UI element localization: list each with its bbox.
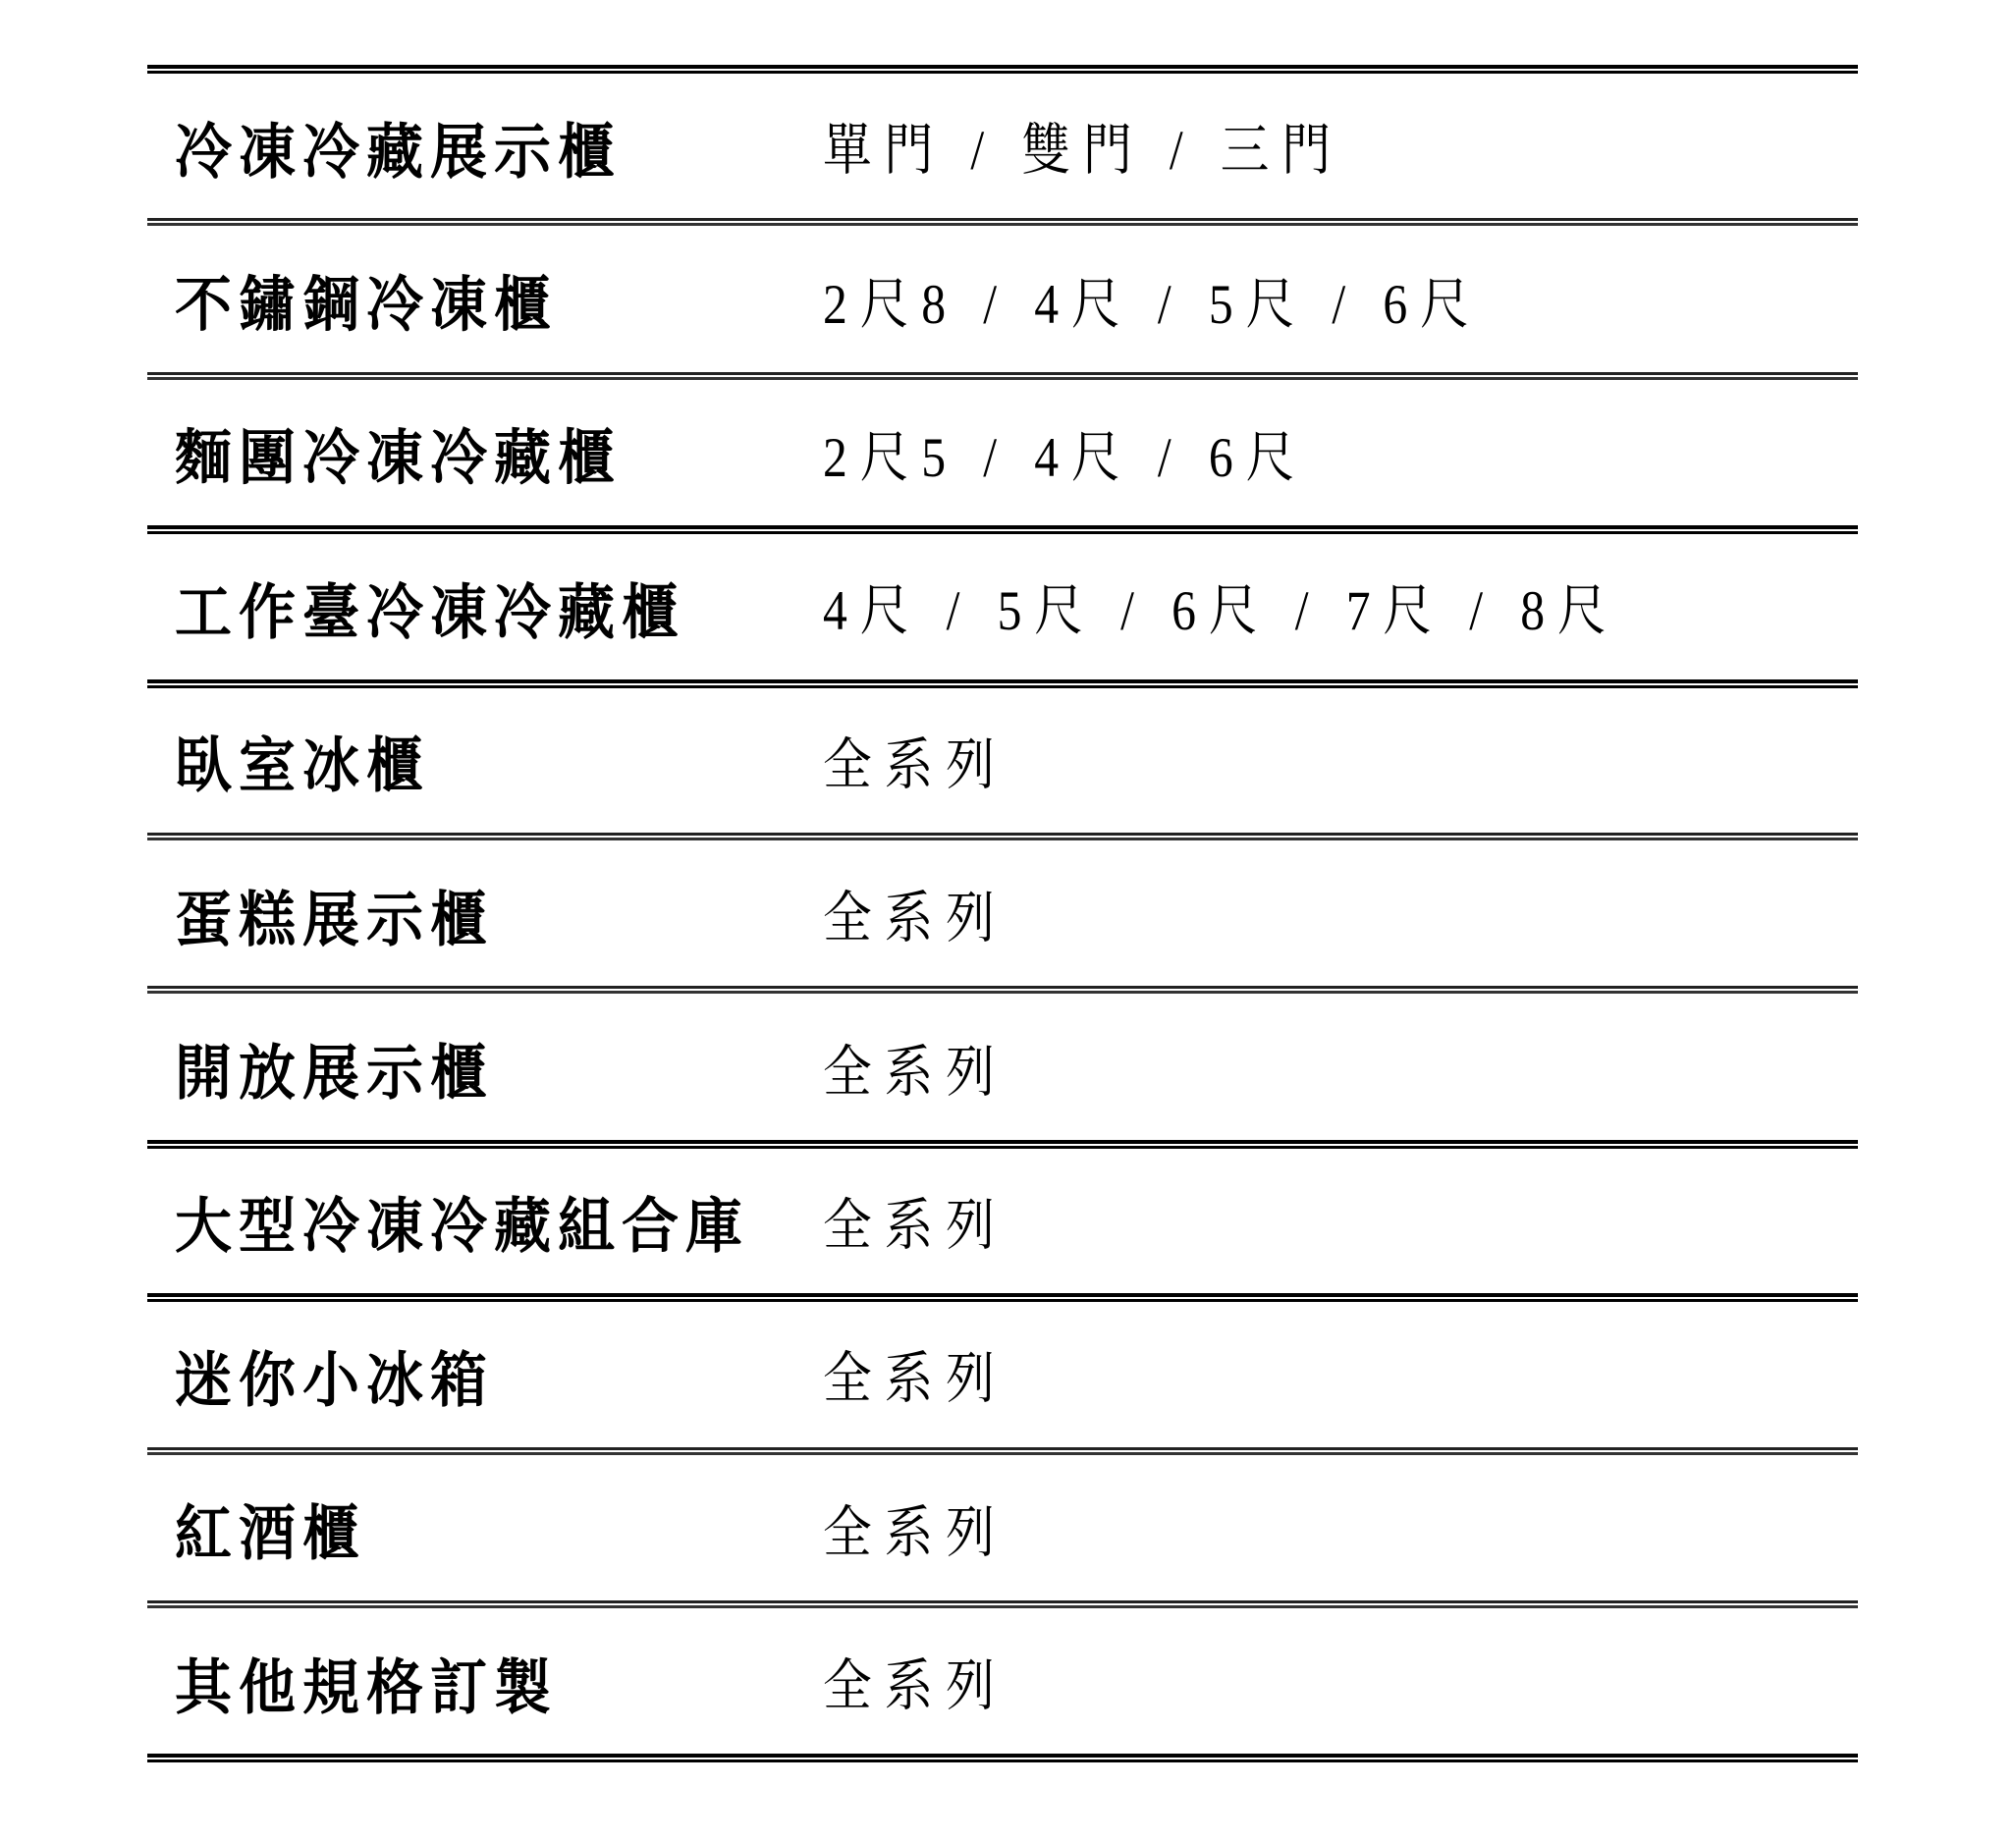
table-row: 紅酒櫃 全系列 bbox=[147, 1456, 1858, 1600]
double-rule-divider bbox=[147, 1447, 1858, 1456]
product-category-label: 紅酒櫃 bbox=[175, 1485, 366, 1571]
product-spec-value: 全系列 bbox=[823, 1488, 1008, 1568]
product-category-label: 冷凍冷藏展示櫃 bbox=[175, 103, 622, 189]
product-category-label: 蛋糕展示櫃 bbox=[175, 871, 494, 957]
table-row: 蛋糕展示櫃 全系列 bbox=[147, 841, 1858, 986]
table-row: 麵團冷凍冷藏櫃 2尺5 / 4尺 / 6尺 bbox=[147, 381, 1858, 525]
product-spec-value: 全系列 bbox=[823, 874, 1008, 953]
product-spec-value: 2尺8 / 4尺 / 5尺 / 6尺 bbox=[823, 260, 1482, 340]
product-category-label: 不鏽鋼冷凍櫃 bbox=[175, 256, 558, 343]
product-category-label: 開放展示櫃 bbox=[175, 1024, 494, 1110]
product-spec-value: 全系列 bbox=[823, 1181, 1008, 1261]
product-category-label: 迷你小冰箱 bbox=[175, 1331, 494, 1418]
table-row: 迷你小冰箱 全系列 bbox=[147, 1302, 1858, 1446]
double-rule-divider bbox=[147, 65, 1858, 74]
table-row: 不鏽鋼冷凍櫃 2尺8 / 4尺 / 5尺 / 6尺 bbox=[147, 227, 1858, 371]
product-spec-value: 單門 / 雙門 / 三門 bbox=[823, 106, 1343, 186]
table-row: 臥室冰櫃 全系列 bbox=[147, 688, 1858, 833]
double-rule-divider bbox=[147, 1754, 1858, 1762]
table-row: 開放展示櫃 全系列 bbox=[147, 995, 1858, 1139]
product-spec-value: 全系列 bbox=[823, 1334, 1008, 1414]
double-rule-divider bbox=[147, 218, 1858, 227]
product-category-label: 麵團冷凍冷藏櫃 bbox=[175, 409, 622, 496]
product-spec-value: 4尺 / 5尺 / 6尺 / 7尺 / 8尺 bbox=[823, 567, 1619, 646]
table-row: 工作臺冷凍冷藏櫃 4尺 / 5尺 / 6尺 / 7尺 / 8尺 bbox=[147, 534, 1858, 678]
double-rule-divider bbox=[147, 986, 1858, 995]
double-rule-divider bbox=[147, 1140, 1858, 1149]
product-spec-table: 冷凍冷藏展示櫃 單門 / 雙門 / 三門 不鏽鋼冷凍櫃 2尺8 / 4尺 / 5… bbox=[147, 65, 1858, 1762]
double-rule-divider bbox=[147, 372, 1858, 381]
product-category-label: 大型冷凍冷藏組合庫 bbox=[175, 1177, 749, 1264]
product-spec-value: 全系列 bbox=[823, 1642, 1008, 1721]
double-rule-divider bbox=[147, 525, 1858, 534]
table-row: 冷凍冷藏展示櫃 單門 / 雙門 / 三門 bbox=[147, 74, 1858, 218]
double-rule-divider bbox=[147, 833, 1858, 841]
table-row: 大型冷凍冷藏組合庫 全系列 bbox=[147, 1149, 1858, 1293]
double-rule-divider bbox=[147, 1600, 1858, 1609]
product-category-label: 臥室冰櫃 bbox=[175, 717, 430, 803]
double-rule-divider bbox=[147, 679, 1858, 688]
product-category-label: 其他規格訂製 bbox=[175, 1638, 558, 1724]
double-rule-divider bbox=[147, 1293, 1858, 1302]
product-spec-value: 全系列 bbox=[823, 1028, 1008, 1108]
product-category-label: 工作臺冷凍冷藏櫃 bbox=[175, 564, 685, 650]
product-spec-value: 2尺5 / 4尺 / 6尺 bbox=[823, 413, 1307, 493]
table-row: 其他規格訂製 全系列 bbox=[147, 1609, 1858, 1754]
product-spec-value: 全系列 bbox=[823, 721, 1008, 800]
